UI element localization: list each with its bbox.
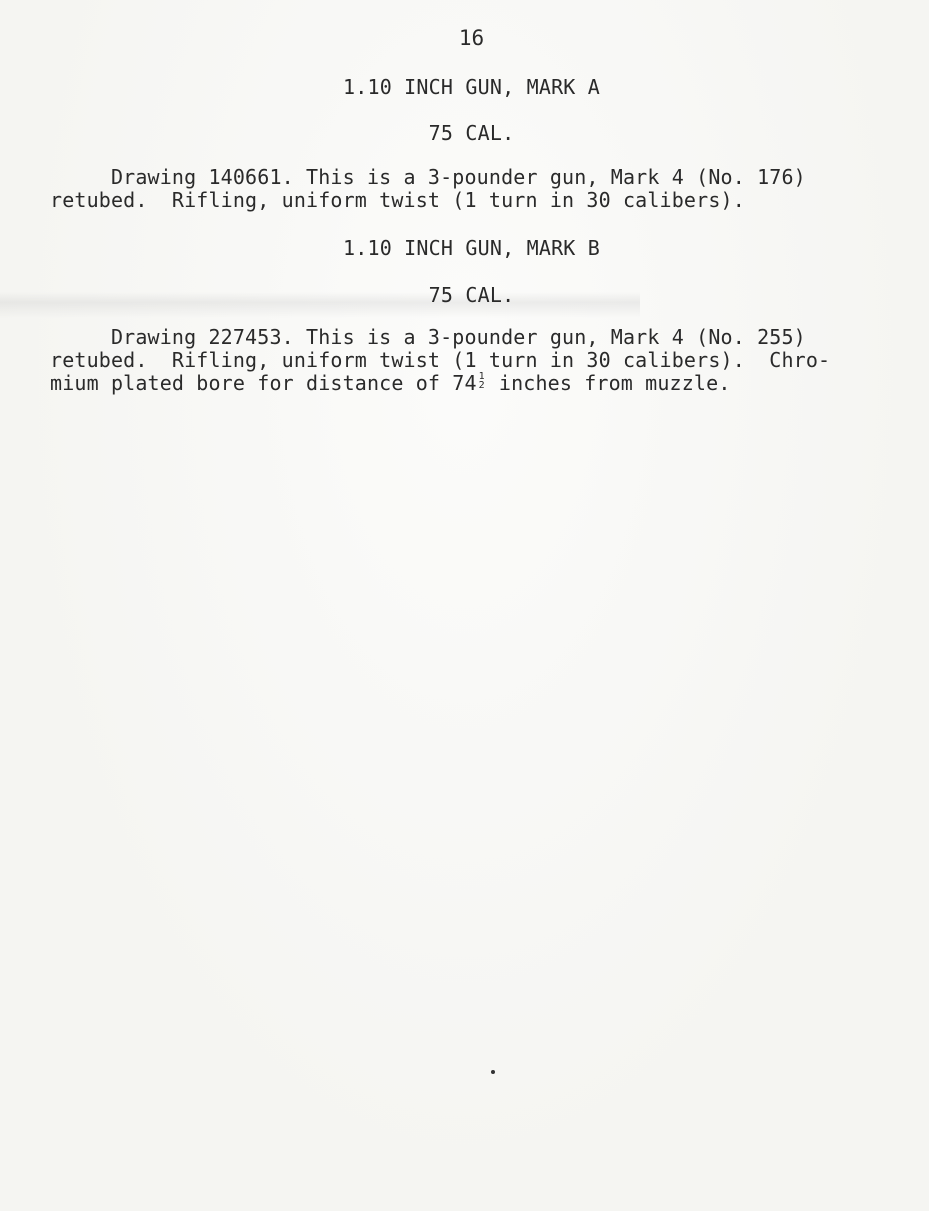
- document-page: 16 1.10 INCH GUN, MARK A 75 CAL. Drawing…: [0, 0, 929, 1211]
- fraction-denominator: 2: [477, 381, 487, 390]
- paragraph-line: Drawing 140661. This is a 3-pounder gun,…: [50, 166, 890, 189]
- paragraph-mark-a: Drawing 140661. This is a 3-pounder gun,…: [50, 166, 890, 212]
- caliber-label-mark-a: 75 CAL.: [0, 121, 929, 145]
- section-heading-mark-a: 1.10 INCH GUN, MARK A: [0, 75, 929, 99]
- caliber-label-mark-b: 75 CAL.: [0, 283, 929, 307]
- paragraph-line: Drawing 227453. This is a 3-pounder gun,…: [50, 326, 890, 349]
- section-heading-mark-b: 1.10 INCH GUN, MARK B: [0, 236, 929, 260]
- line-text: mium plated bore for distance of 74: [50, 371, 477, 395]
- paragraph-line: mium plated bore for distance of 7412 in…: [50, 372, 890, 395]
- fraction-half: 12: [477, 372, 487, 390]
- line-text: inches from muzzle.: [487, 371, 731, 395]
- paragraph-mark-b: Drawing 227453. This is a 3-pounder gun,…: [50, 326, 890, 395]
- page-number: 16: [0, 26, 929, 50]
- stray-mark: [491, 1070, 495, 1074]
- paragraph-line: retubed. Rifling, uniform twist (1 turn …: [50, 349, 890, 372]
- paragraph-line: retubed. Rifling, uniform twist (1 turn …: [50, 189, 890, 212]
